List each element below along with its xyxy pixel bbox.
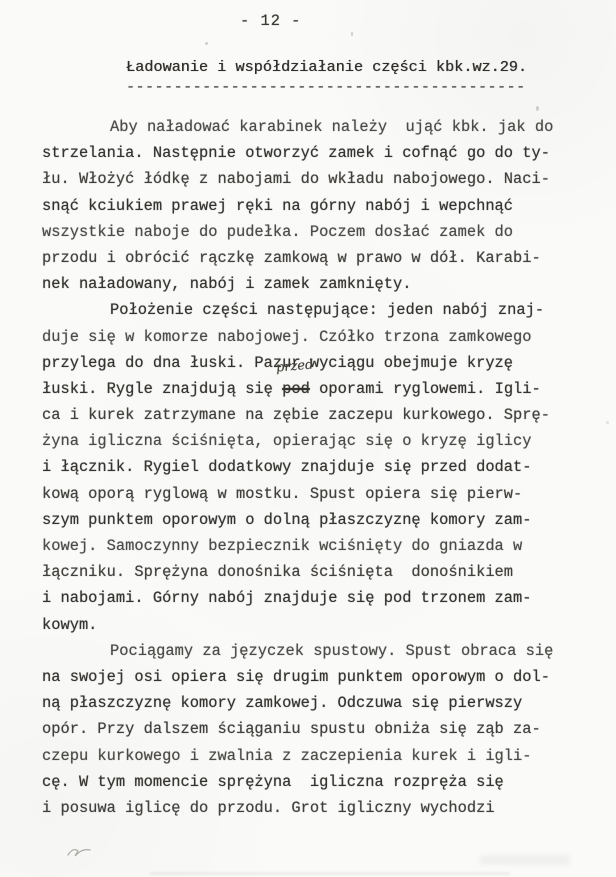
text-line: przodu i obrócić rączkę zamkową w prawo …	[42, 245, 572, 271]
correction-anchor: przedpod	[282, 376, 310, 402]
text-line: ną płaszczyznę komory zamkowej. Odczuwa …	[42, 690, 572, 716]
corrected-text-line: łuski. Rygle znajdują się przedpod opora…	[42, 376, 572, 402]
scan-speck	[205, 42, 208, 45]
text-segment: oporami ryglowemi. Igli-	[310, 380, 541, 398]
text-line: na swojej osi opiera się drugim punktem …	[42, 664, 572, 690]
text-line: łączniku. Sprężyna donośnika ściśnięta d…	[42, 559, 572, 585]
text-line: szym punktem oporowym o dolną płaszczyzn…	[42, 507, 572, 533]
text-line: i łącznik. Rygiel dodatkowy znajduje się…	[42, 454, 572, 480]
struck-word: pod	[282, 380, 310, 398]
text-line: kowym.	[42, 612, 572, 638]
text-line: duje się w komorze nabojowej. Czółko trz…	[42, 324, 572, 350]
title-underline: ----------------------------------------…	[126, 78, 527, 96]
text-line: nek naładowany, nabój i zamek zamknięty.	[42, 271, 572, 297]
scan-speck	[536, 106, 539, 111]
page-number: - 12 -	[240, 12, 301, 30]
text-line: czepu kurkowego i zwalnia z zaczepienia …	[42, 743, 572, 769]
scan-speck	[606, 421, 609, 424]
text-line: i posuwa iglicę do przodu. Grot igliczny…	[42, 795, 572, 821]
text-line: opór. Przy dalszem ściąganiu spustu obni…	[42, 716, 572, 742]
text-line: łu. Włożyć łódkę z nabojami do wkładu na…	[42, 166, 572, 192]
scan-smudge	[150, 872, 510, 875]
text-line: żyna igliczna ściśnięta, opierając się o…	[42, 428, 572, 454]
text-line: ca i kurek zatrzymane na zębie zaczepu k…	[42, 402, 572, 428]
text-line: kową oporą ryglową w mostku. Spust opier…	[42, 481, 572, 507]
text-line: snąć kciukiem prawej ręki na górny nabój…	[42, 193, 572, 219]
body-text: Aby naładować karabinek należy ująć kbk.…	[42, 114, 572, 821]
pencil-squiggle-icon	[66, 843, 96, 861]
text-line: i nabojami. Górny nabój znajduje się pod…	[42, 585, 572, 611]
text-line: kowej. Samoczynny bezpiecznik wciśnięty …	[42, 533, 572, 559]
text-line: Aby naładować karabinek należy ująć kbk.…	[42, 114, 572, 140]
section-title: Ładowanie i współdziałanie części kbk.wz…	[126, 58, 527, 76]
scanned-document-page: - 12 - Ładowanie i współdziałanie części…	[0, 0, 616, 877]
text-line: strzelania. Następnie otworzyć zamek i c…	[42, 140, 572, 166]
text-line: Położenie części następujące: jeden nabó…	[42, 297, 572, 323]
text-line: cę. W tym momencie sprężyna igliczna roz…	[42, 769, 572, 795]
text-line: wszystkie naboje do pudełka. Poczem dosł…	[42, 219, 572, 245]
handwritten-insertion: przed	[276, 358, 314, 374]
text-segment: łuski. Rygle znajdują się	[42, 380, 282, 398]
text-line: Pociągamy za języczek spustowy. Spust ob…	[42, 638, 572, 664]
scan-smudge	[480, 855, 570, 865]
scan-speck	[351, 32, 353, 36]
section-heading: Ładowanie i współdziałanie części kbk.wz…	[126, 58, 527, 96]
